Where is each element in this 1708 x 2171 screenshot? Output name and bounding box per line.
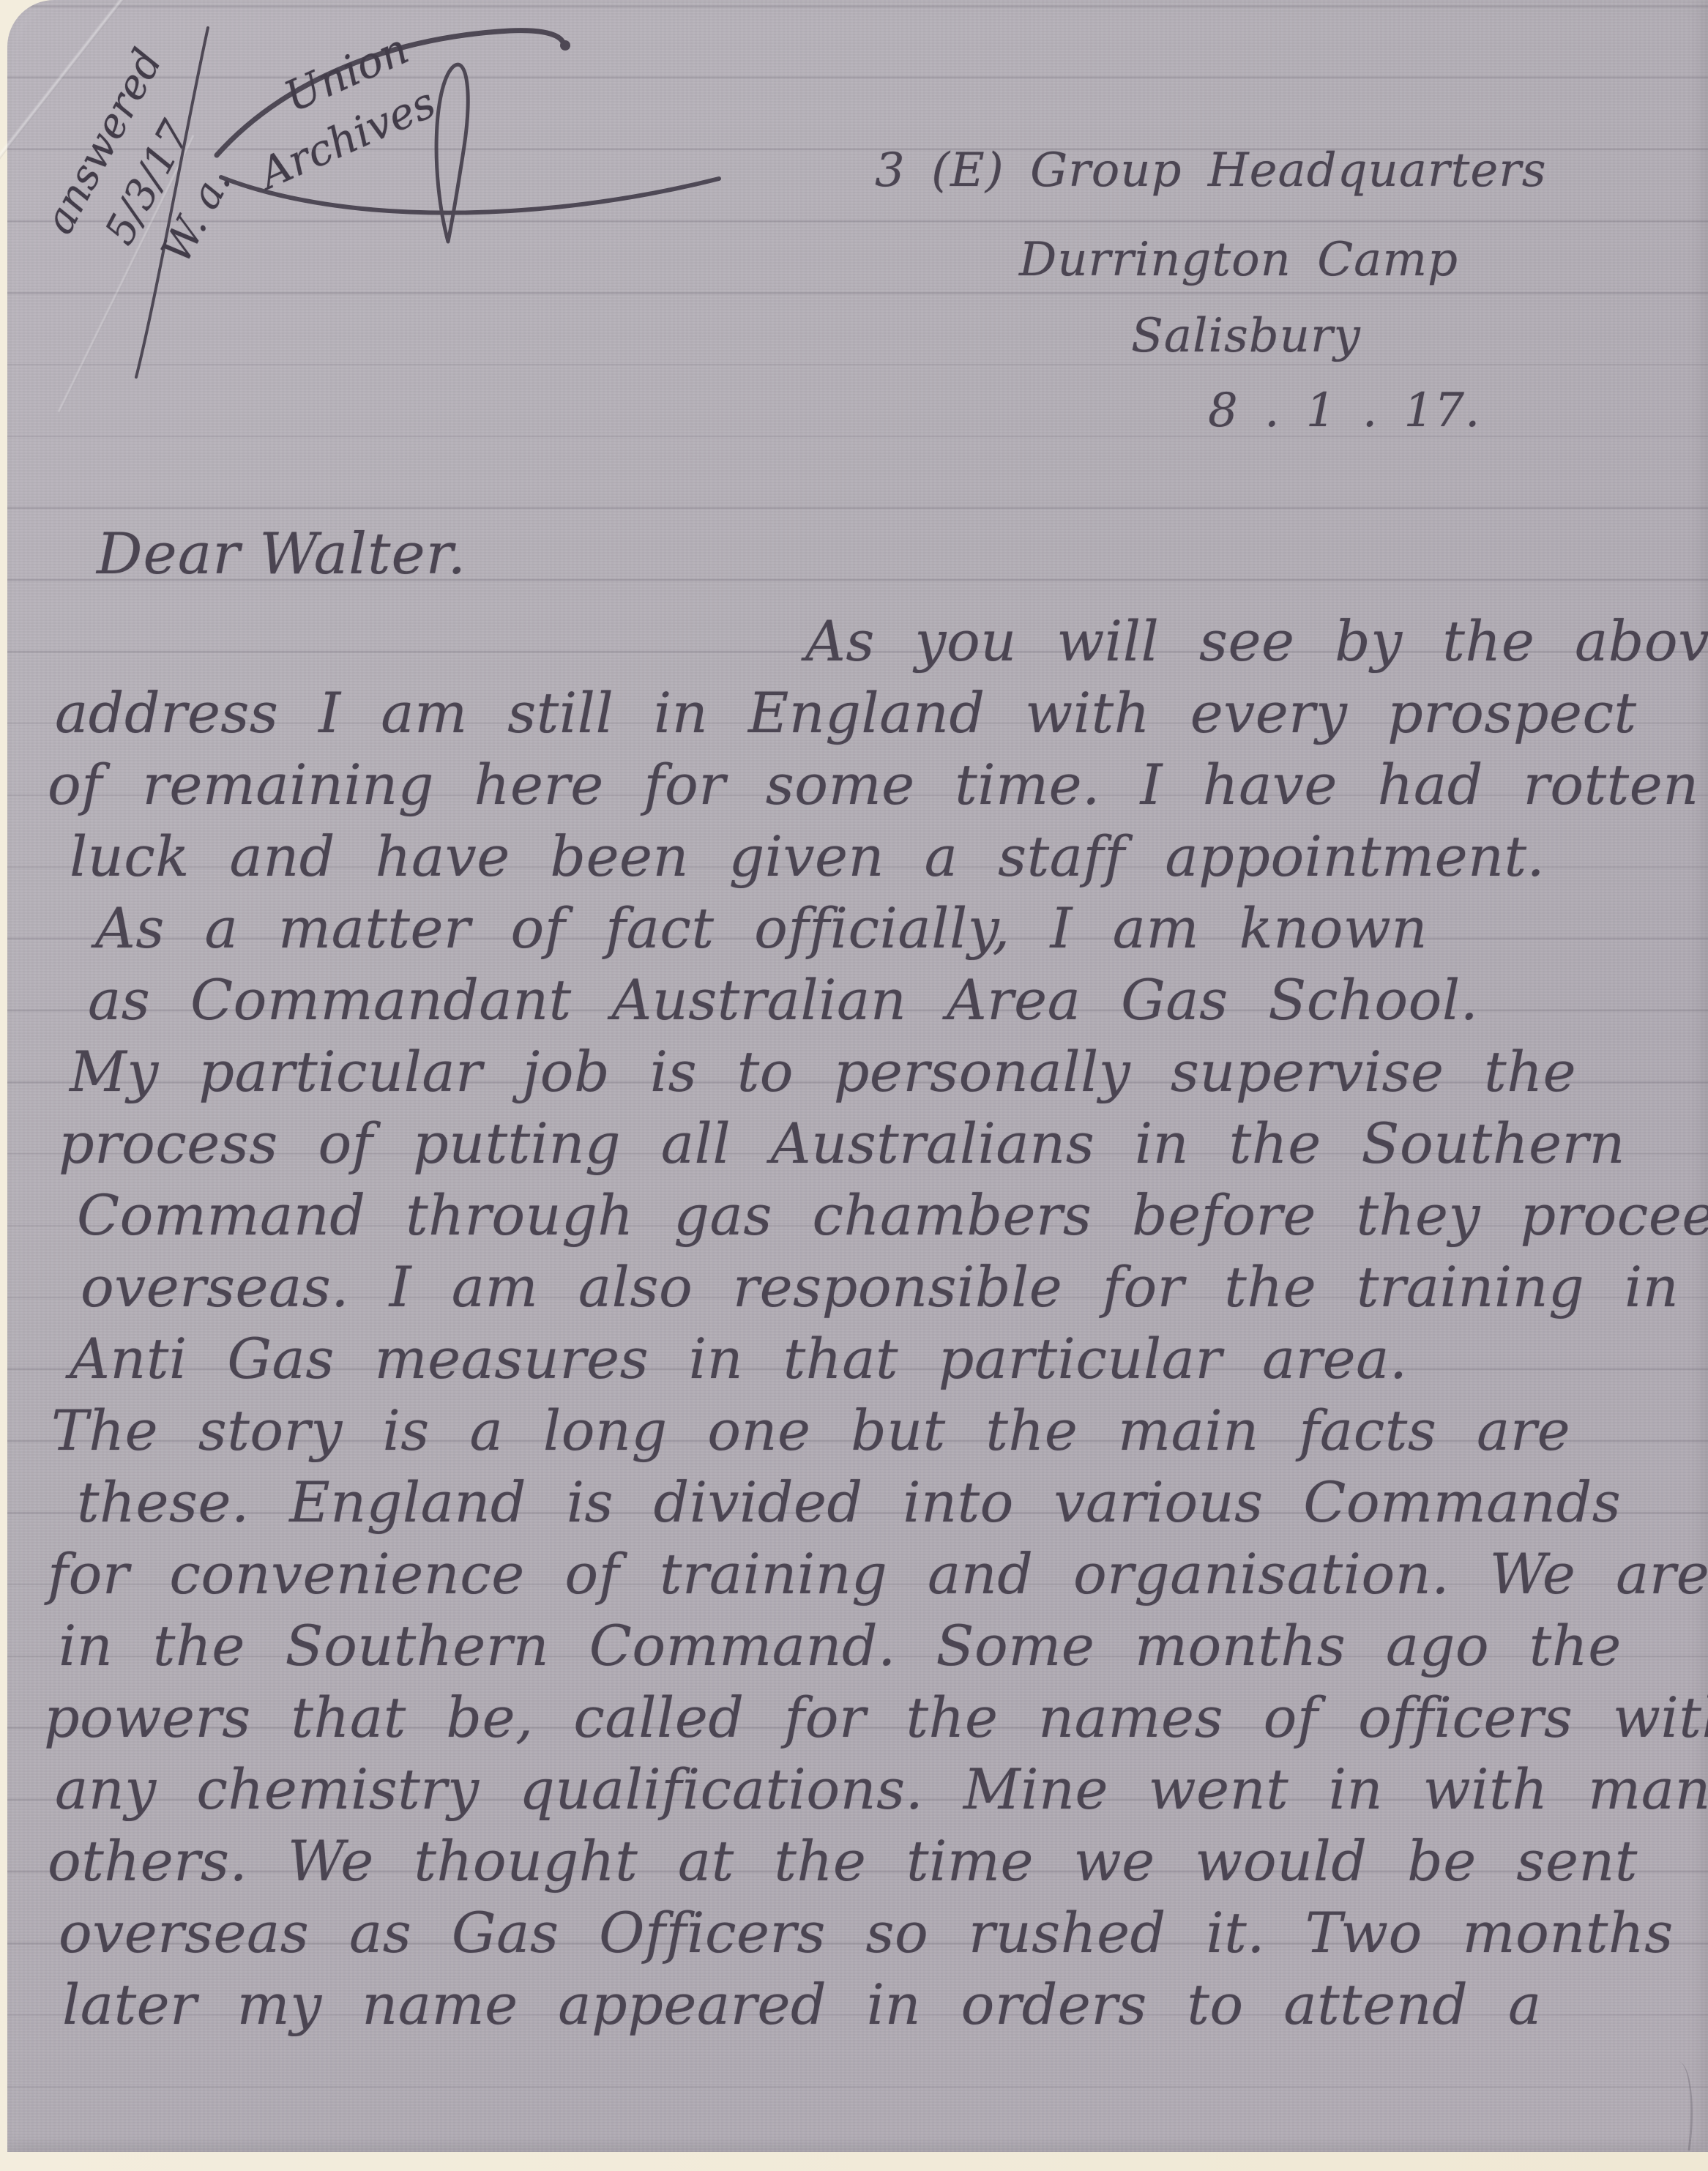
handwritten-line: any chemistry qualifications. Mine went …: [55, 1754, 1708, 1825]
address-line-camp: Durrington Camp: [1019, 233, 1458, 287]
handwritten-line: The story is a long one but the main fac…: [51, 1396, 1570, 1466]
scanned-letter-page: answered 5/3/17 W. a. Union Archives 3 (…: [0, 0, 1708, 2171]
address-line-city: Salisbury: [1131, 309, 1361, 363]
handwritten-line: As you will see by the above: [805, 606, 1708, 677]
handwritten-line: address I am still in England with every…: [55, 678, 1637, 748]
handwritten-line: for convenience of training and organisa…: [48, 1539, 1708, 1609]
handwritten-line: of remaining here for some time. I have …: [48, 750, 1699, 820]
handwritten-line: Command through gas chambers before they…: [77, 1180, 1708, 1251]
handwritten-line: powers that be, called for the names of …: [44, 1683, 1708, 1753]
handwritten-line: in the Southern Command. Some months ago…: [59, 1611, 1622, 1681]
handwritten-line: as Commandant Australian Area Gas School…: [88, 965, 1478, 1035]
salutation: Dear Walter.: [97, 521, 466, 587]
handwritten-line: overseas. I am also responsible for the …: [81, 1252, 1679, 1322]
handwritten-line: overseas as Gas Officers so rushed it. T…: [59, 1898, 1674, 1968]
address-line-date: 8 . 1 . 17.: [1208, 384, 1480, 438]
handwritten-line: Anti Gas measures in that particular are…: [70, 1324, 1408, 1394]
handwritten-line: these. England is divided into various C…: [77, 1467, 1621, 1538]
handwritten-line: later my name appeared in orders to atte…: [62, 1970, 1542, 2040]
handwritten-line: As a matter of fact officially, I am kno…: [95, 893, 1428, 964]
handwritten-line: process of putting all Australians in th…: [59, 1109, 1625, 1179]
handwritten-line: others. We thought at the time we would …: [48, 1826, 1638, 1896]
address-line-headquarters: 3 (E) Group Headquarters: [875, 144, 1547, 198]
handwritten-line: luck and have been given a staff appoint…: [70, 822, 1545, 892]
handwritten-line: My particular job is to personally super…: [70, 1037, 1576, 1107]
